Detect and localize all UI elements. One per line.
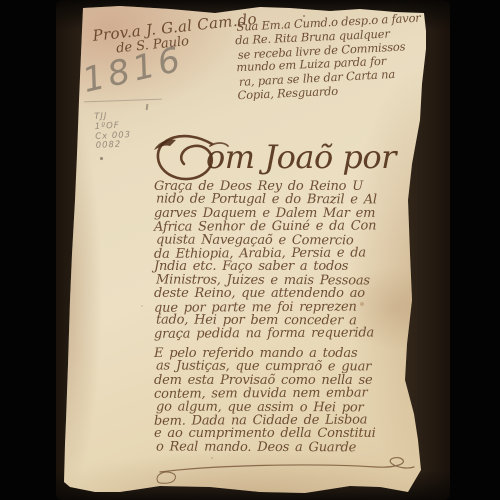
body-line: bem. Dada na Cidade de Lisboa [154, 413, 412, 428]
body-line: Ministros, Juizes e mais Pessoas [156, 273, 414, 288]
heading-text: om Joaõ por [206, 138, 396, 176]
manuscript-page: Prov.a J. G.al Cam.do de S. Paulo Sua Em… [60, 4, 426, 494]
catalog-reference-note: TJJ1ºOFCx 0030082 [94, 111, 132, 152]
body-text: Graça de Deos Rey do Reino Unido de Port… [154, 180, 412, 454]
body-line: o Real mando. Deos a Guarde [156, 440, 414, 455]
body-line: da Ethiopia, Arabia, Persia e da [154, 246, 412, 261]
body-line: deste Reino, que attendendo ao [154, 287, 412, 300]
catalog-dot-mark [100, 157, 103, 160]
body-stanza-1: Graça de Deos Rey do Reino Unido de Port… [154, 180, 412, 341]
catalog-line: 0082 [96, 140, 132, 152]
body-stanza-2: E pelo referido mando a todasas Justiças… [154, 347, 412, 454]
body-line: nido de Portugal e do Brazil e Al [156, 193, 414, 208]
docket-right: Sua Em.a Cumd.o desp.o a favorda Re. Rit… [234, 12, 433, 103]
body-line: graça pedida na forma requerida [154, 327, 412, 342]
pencil-tick-mark [146, 104, 148, 110]
body-line: as Justiças, que cumpraõ e guar [156, 360, 414, 375]
pen-flourish-icon [154, 456, 434, 486]
